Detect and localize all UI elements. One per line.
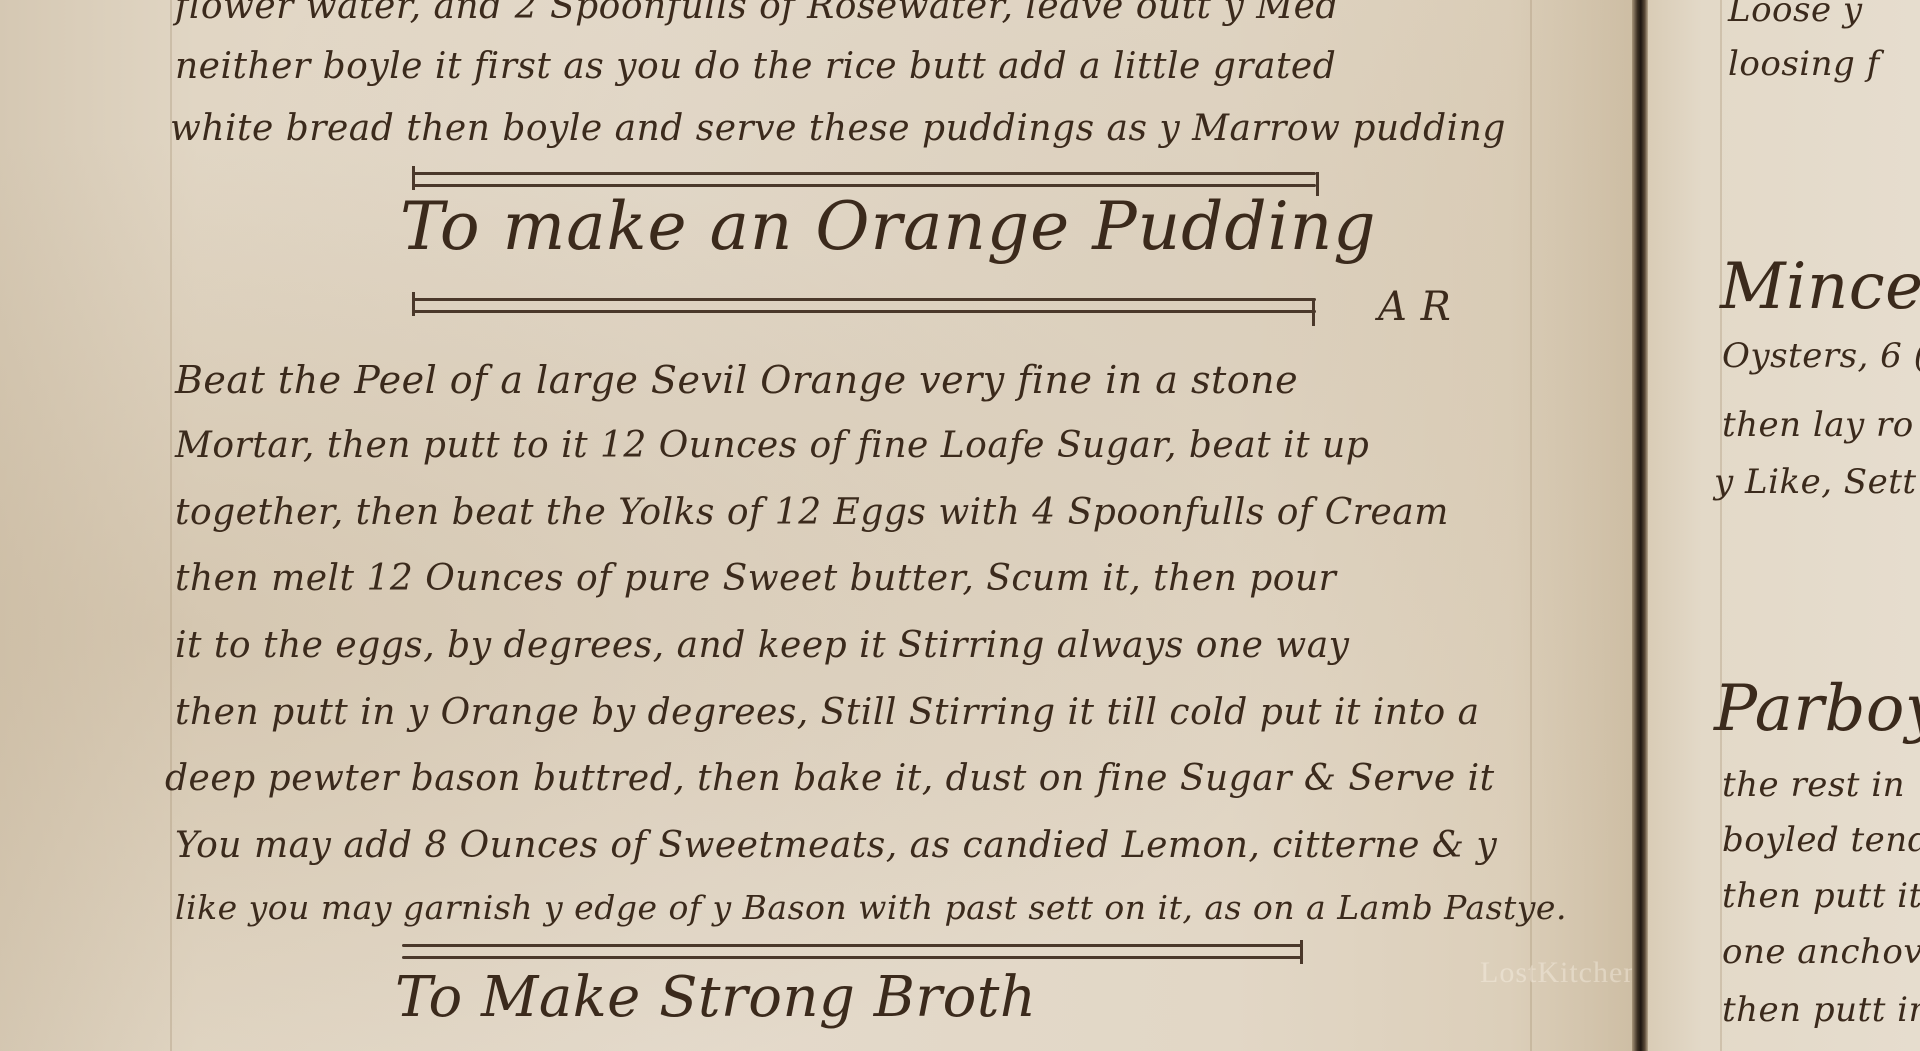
text-line: neither boyle it first as you do the ric… bbox=[175, 46, 1336, 87]
left-manuscript-page: flower water, and 2 Spoonfulls of Rosewa… bbox=[0, 0, 1640, 1051]
right-text-line: then putt in a bbox=[1722, 990, 1920, 1030]
right-text-line: Oysters, 6 ( bbox=[1722, 336, 1920, 376]
right-text-line: then putt it bbox=[1722, 876, 1920, 916]
title-rule-top-2 bbox=[412, 184, 1316, 187]
right-text-line: one anchovy bbox=[1722, 932, 1920, 972]
title-rule-cap bbox=[1300, 940, 1303, 964]
title-rule-bottom-1 bbox=[412, 298, 1316, 301]
title-rule-cap bbox=[412, 166, 415, 190]
recipe-line: deep pewter bason buttred, then bake it,… bbox=[165, 758, 1495, 799]
title-rule-top-1 bbox=[412, 172, 1316, 175]
title-rule-cap bbox=[1312, 300, 1315, 326]
text-line: flower water, and 2 Spoonfulls of Rosewa… bbox=[175, 0, 1339, 27]
right-manuscript-page: Loose y loosing f Mince Oysters, 6 ( the… bbox=[1648, 0, 1920, 1051]
recipe-title: To make an Orange Pudding bbox=[400, 188, 1377, 265]
next-title-rule-1 bbox=[402, 944, 1302, 947]
right-text-line: Loose y bbox=[1728, 0, 1863, 30]
right-text-line: boyled tender bbox=[1722, 820, 1920, 860]
right-text-line: the rest in bbox=[1722, 765, 1905, 805]
right-heading: Mince bbox=[1720, 250, 1920, 324]
recipe-line: then melt 12 Ounces of pure Sweet butter… bbox=[175, 558, 1336, 599]
recipe-line: like you may garnish y edge of y Bason w… bbox=[175, 888, 1567, 927]
recipe-line: Beat the Peel of a large Sevil Orange ve… bbox=[175, 358, 1298, 402]
recipe-line: You may add 8 Ounces of Sweetmeats, as c… bbox=[175, 825, 1497, 866]
next-recipe-title: To Make Strong Broth bbox=[395, 965, 1036, 1030]
book-gutter bbox=[1632, 0, 1648, 1051]
title-rule-cap bbox=[412, 292, 415, 316]
recipe-line: it to the eggs, by degrees, and keep it … bbox=[175, 625, 1350, 666]
right-text-line: then lay ro bbox=[1722, 405, 1914, 445]
recipe-line: Mortar, then putt to it 12 Ounces of fin… bbox=[175, 425, 1369, 466]
right-text-line: loosing f bbox=[1728, 44, 1880, 84]
recipe-line: then putt in y Orange by degrees, Still … bbox=[175, 692, 1480, 733]
right-heading: Parboy bbox=[1714, 672, 1920, 746]
text-line: white bread then boyle and serve these p… bbox=[170, 108, 1506, 149]
next-title-rule-2 bbox=[402, 956, 1302, 959]
margin-fold-line bbox=[170, 0, 172, 1051]
recipe-line: together, then beat the Yolks of 12 Eggs… bbox=[175, 492, 1449, 533]
title-rule-bottom-2 bbox=[412, 310, 1316, 313]
right-text-line: y Like, Sett b bbox=[1714, 462, 1920, 502]
margin-annotation: A R bbox=[1378, 284, 1451, 330]
